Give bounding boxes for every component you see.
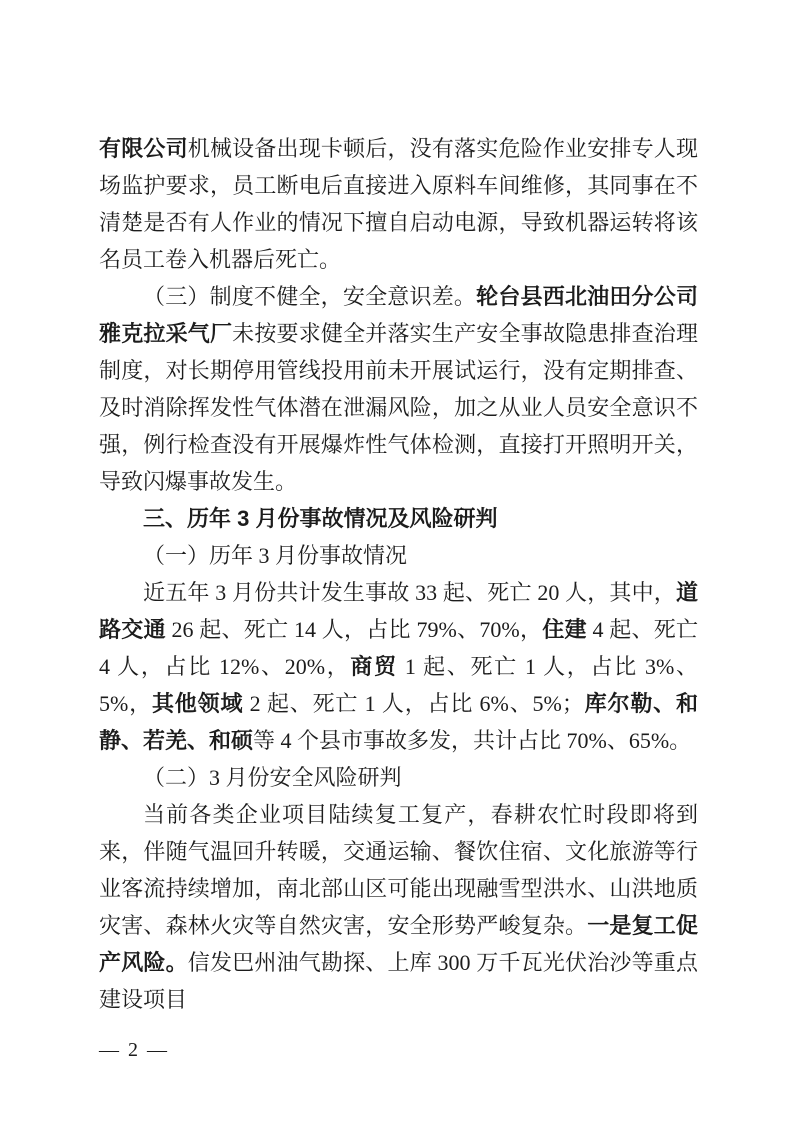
document-body: 有限公司机械设备出现卡顿后，没有落实危险作业安排专人现场监护要求，员工断电后直接…: [99, 130, 698, 1018]
document-page: 有限公司机械设备出现卡顿后，没有落实危险作业安排专人现场监护要求，员工断电后直接…: [0, 0, 793, 1122]
text-run: 近五年 3 月份共计发生事故 33 起、死亡 20 人，其中，: [143, 580, 676, 605]
text-run: 信发巴州油气勘探、上库 300 万千瓦光伏治沙等重点建设项目: [99, 950, 698, 1012]
emphasis-text-run: 三、历年 3 月份事故情况及风险研判: [143, 506, 497, 531]
subsection-heading: （一）历年 3 月份事故情况: [99, 537, 698, 574]
text-run: 2 起、死亡 1 人，占比 6%、5%；: [243, 691, 584, 716]
text-run: 机械设备出现卡顿后，没有落实危险作业安排专人现场监护要求，员工断电后直接进入原料…: [99, 136, 698, 272]
text-run: 未按要求健全并落实生产安全事故隐患排查治理制度，对长期停用管线投用前未开展试运行…: [99, 321, 698, 494]
text-run: 等 4 个县市事故多发，共计占比 70%、65%。: [253, 728, 691, 753]
emphasis-text-run: 有限公司: [99, 136, 188, 161]
body-paragraph: （三）制度不健全，安全意识差。轮台县西北油田分公司雅克拉采气厂未按要求健全并落实…: [99, 278, 698, 500]
emphasis-text-run: 商贸: [350, 654, 397, 679]
page-number: — 2 —: [99, 1038, 169, 1062]
text-run: （三）制度不健全，安全意识差。: [143, 284, 476, 309]
body-paragraph: 近五年 3 月份共计发生事故 33 起、死亡 20 人，其中，道路交通 26 起…: [99, 574, 698, 759]
body-paragraph: 有限公司机械设备出现卡顿后，没有落实危险作业安排专人现场监护要求，员工断电后直接…: [99, 130, 698, 278]
emphasis-text-run: 住建: [542, 617, 587, 642]
subsection-heading: （二）3 月份安全风险研判: [99, 759, 698, 796]
text-run: （二）3 月份安全风险研判: [143, 765, 402, 790]
section-heading: 三、历年 3 月份事故情况及风险研判: [99, 500, 698, 537]
text-run: 26 起、死亡 14 人，占比 79%、70%，: [166, 617, 542, 642]
text-run: （一）历年 3 月份事故情况: [143, 543, 407, 568]
emphasis-text-run: 其他领域: [152, 691, 243, 716]
body-paragraph: 当前各类企业项目陆续复工复产，春耕农忙时段即将到来，伴随气温回升转暖，交通运输、…: [99, 796, 698, 1018]
